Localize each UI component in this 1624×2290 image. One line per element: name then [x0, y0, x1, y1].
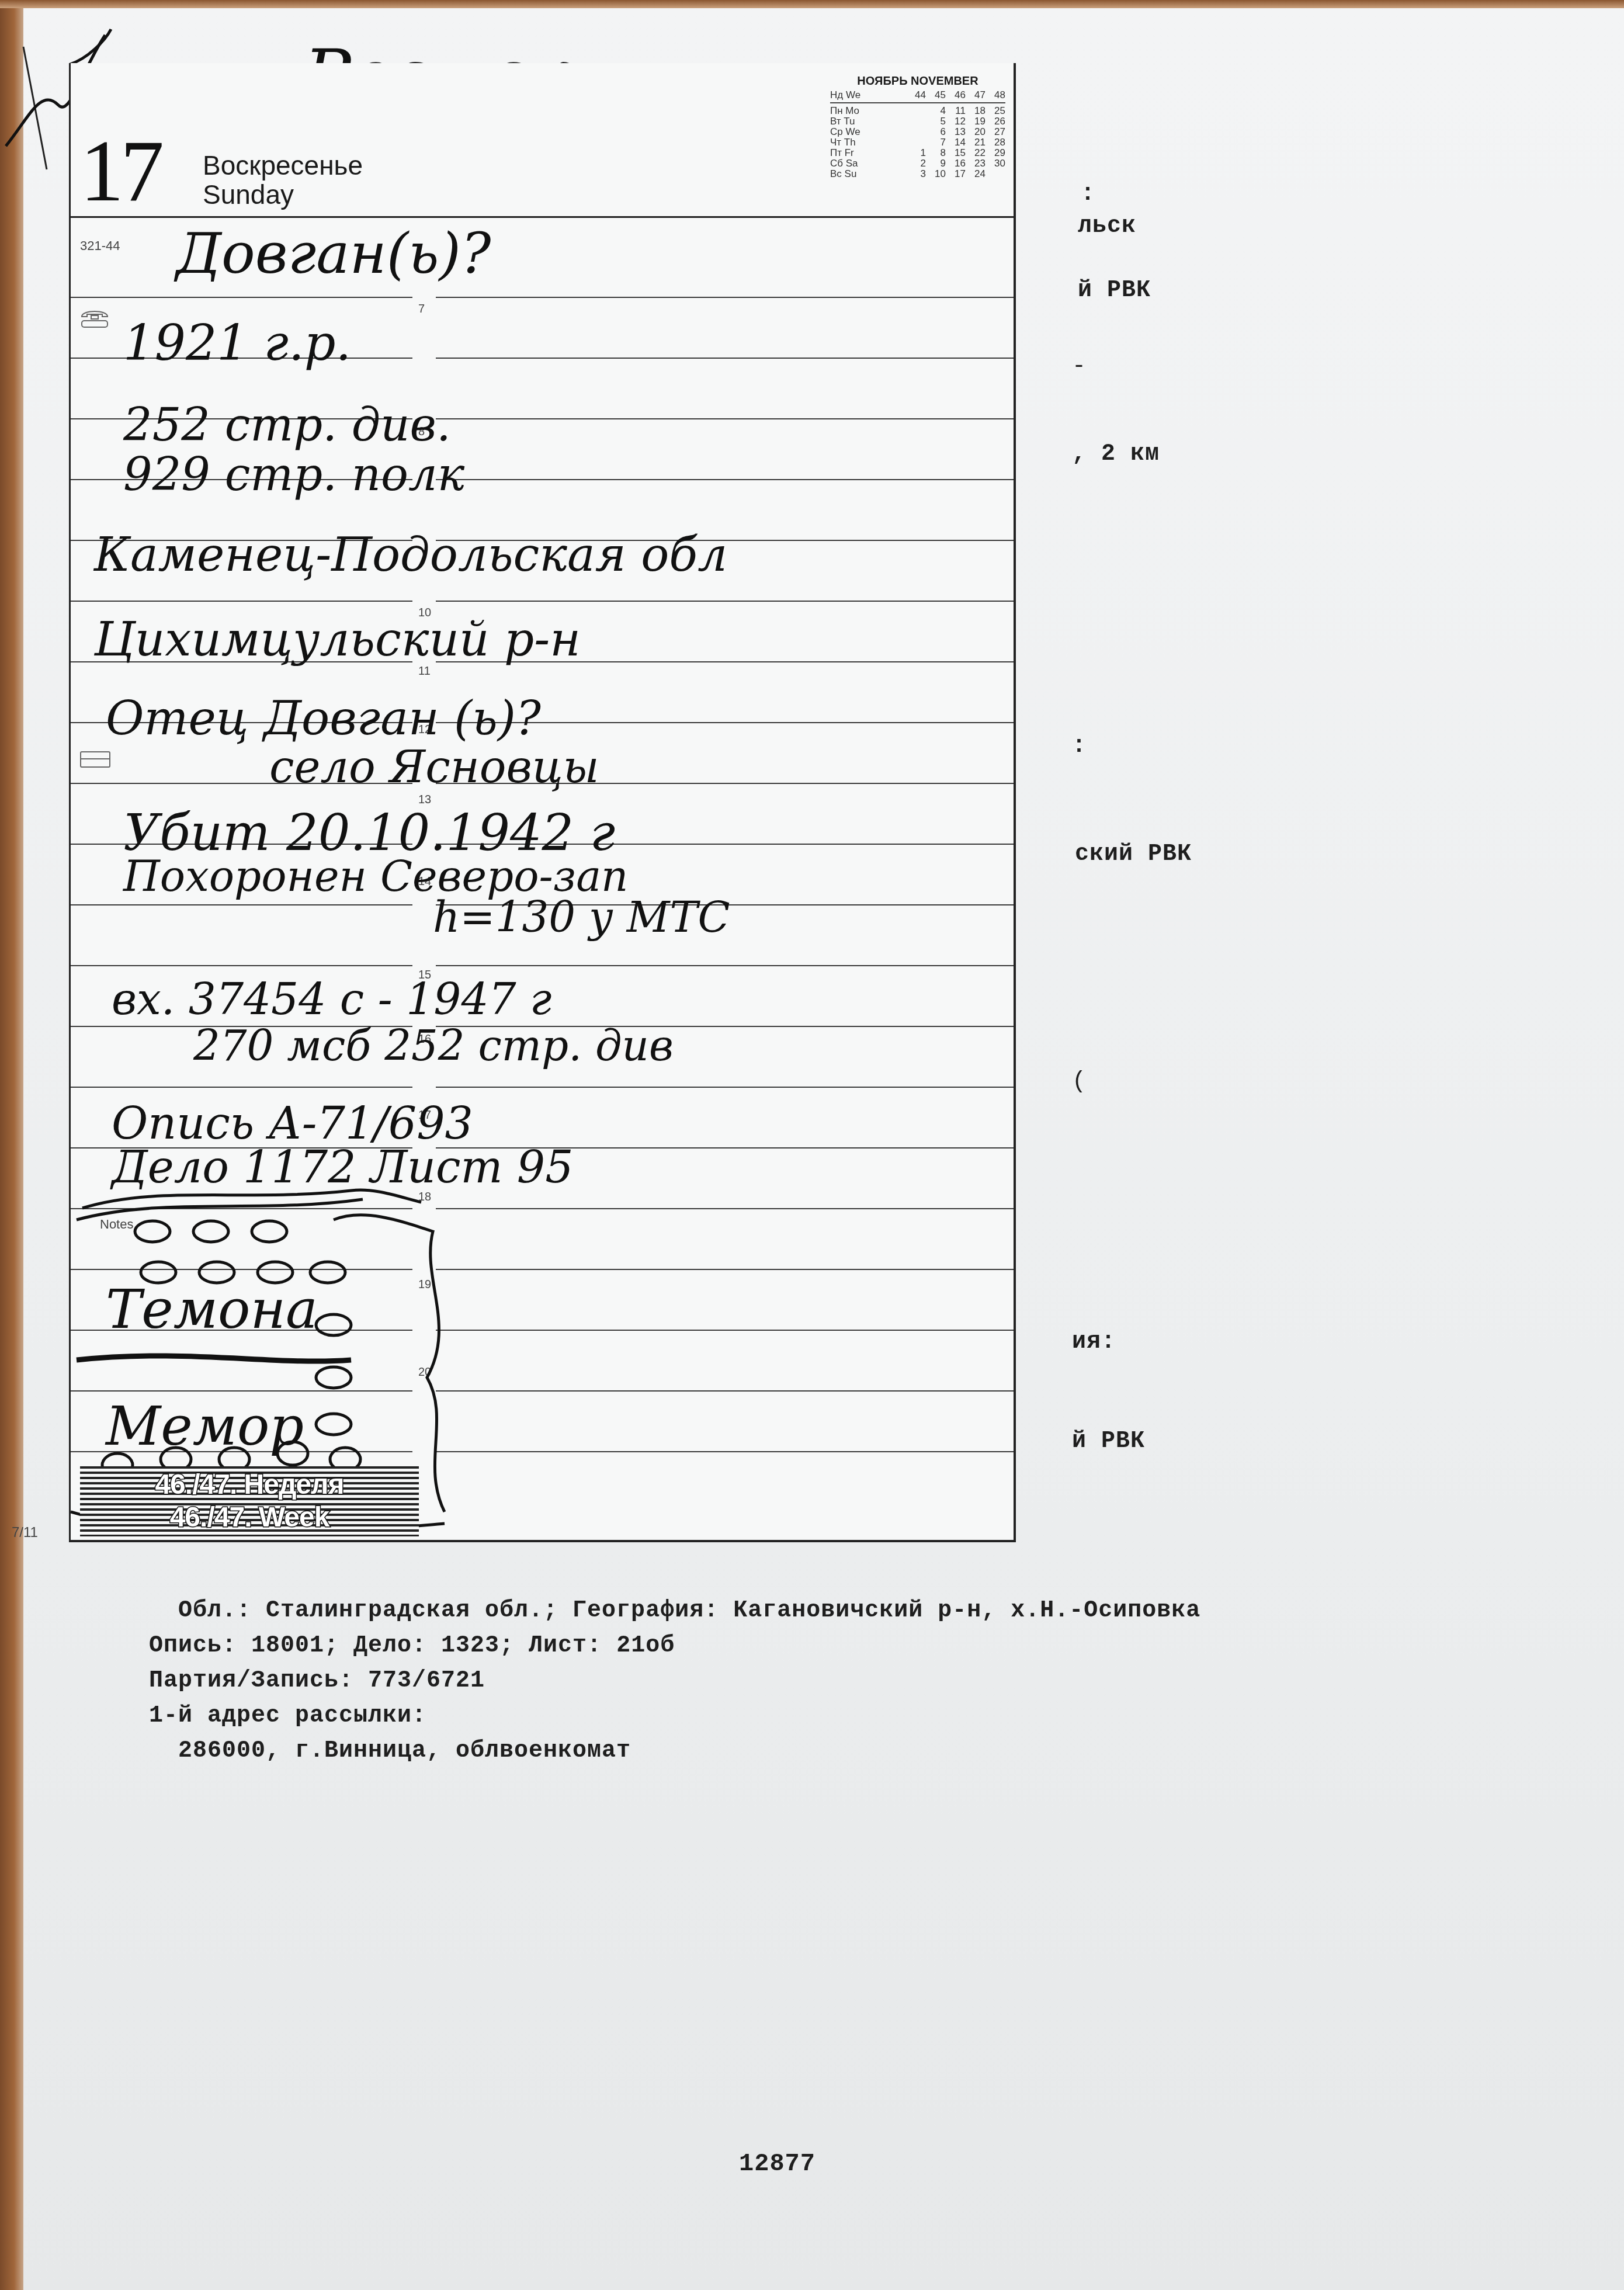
calendar-day: 11	[946, 106, 966, 116]
typed-fragment: :	[1081, 181, 1095, 207]
calendar-day-label: Сб Sa	[830, 158, 894, 169]
calendar-day-label: Вт Tu	[830, 116, 894, 127]
calendar-day: 29	[985, 148, 1005, 158]
calendar-day-label: Ср We	[830, 127, 894, 137]
handwritten-line: h=130 у МТС	[433, 893, 730, 942]
calendar-day: 23	[966, 158, 985, 169]
calendar-day: 7	[926, 137, 946, 148]
ruled-line	[71, 1087, 1014, 1088]
calendar-day: 13	[946, 127, 966, 137]
typed-fragment: ский РВК	[1075, 841, 1192, 868]
table-edge-top	[0, 0, 1624, 8]
typed-record-line: Опись: 18001; Дело: 1323; Лист: 21об	[149, 1633, 675, 1659]
typed-fragment: ия:	[1072, 1329, 1116, 1355]
week-banner-ru: 46./47. Неделя	[155, 1469, 343, 1501]
typed-record-line: Обл.: Сталинградская обл.; География: Ка…	[178, 1598, 1200, 1624]
calendar-week-number: 46	[946, 89, 966, 101]
table-edge	[0, 0, 23, 2290]
calendar-row: Пт Fr18152229	[830, 148, 1005, 158]
calendar-week-number: 47	[966, 89, 985, 101]
calendar-title: НОЯБРЬ NOVEMBER	[830, 75, 1005, 88]
typed-fragment: й РВК	[1078, 277, 1151, 304]
calendar-day	[906, 116, 926, 127]
ruled-line-gap	[412, 1086, 436, 1088]
calendar-day: 17	[946, 169, 966, 179]
calendar-day	[906, 127, 926, 137]
calendar-row: Чт Th7142128	[830, 137, 1005, 148]
crossed-out-note: Мемор	[106, 1395, 304, 1458]
typed-fragment: льск	[1078, 213, 1136, 240]
calendar-day: 16	[946, 158, 966, 169]
calendar-day: 22	[966, 148, 985, 158]
ruled-line-gap	[412, 357, 436, 359]
typed-fragment: (	[1072, 1069, 1087, 1095]
calendar-row: Вс Su3101724	[830, 169, 1005, 179]
calendar-day-label: Чт Th	[830, 137, 894, 148]
calendar-day: 6	[926, 127, 946, 137]
handwritten-line: вх. 37454 с - 1947 г	[112, 974, 552, 1025]
handwritten-line: Отец Довган (ь)?	[106, 691, 541, 745]
calendar-week-number: 48	[985, 89, 1005, 101]
calendar-row: Ср We6132027	[830, 127, 1005, 137]
weekday-en: Sunday	[203, 179, 294, 210]
typed-fragment: , 2 км	[1072, 441, 1160, 467]
typed-record-line: 1-й адрес рассылки:	[149, 1703, 426, 1729]
calendar-day: 19	[966, 116, 985, 127]
calendar-day: 25	[985, 106, 1005, 116]
calendar-day-label: Пн Mo	[830, 106, 894, 116]
typed-fragment: й РВК	[1072, 1428, 1145, 1455]
handwritten-line: 252 стр. див.	[123, 399, 451, 452]
calendar-day: 1	[906, 148, 926, 158]
calendar-day: 5	[926, 116, 946, 127]
calendar-day: 20	[966, 127, 985, 137]
hour-mark: 7	[418, 303, 425, 316]
calendar-week-number: 45	[926, 89, 946, 101]
hour-mark: 11	[418, 665, 431, 678]
ruled-line-gap	[412, 296, 436, 299]
calendar-week-header: Нд We 4445464748	[830, 89, 1005, 103]
typed-fragment: -	[1072, 353, 1087, 380]
crossed-out-note: Темона	[106, 1278, 318, 1341]
typed-record-line: Партия/Запись: 773/6721	[149, 1668, 485, 1694]
handwritten-line: 270 мсб 252 стр. див	[193, 1021, 674, 1070]
ruled-line-gap	[412, 600, 436, 602]
ruled-line-gap	[412, 904, 436, 906]
handwritten-line: Довган(ь)?	[176, 221, 491, 286]
calendar-day: 4	[926, 106, 946, 116]
calendar-week-label: Нд We	[830, 89, 894, 101]
header-divider	[71, 216, 1014, 218]
calendar-day: 12	[946, 116, 966, 127]
page-code: 321-44	[80, 238, 120, 254]
calendar-week-number: 44	[906, 89, 926, 101]
card-icon	[80, 751, 110, 768]
calendar-row: Пн Mo4111825	[830, 106, 1005, 116]
typed-fragment: :	[1072, 733, 1087, 759]
ruled-line	[71, 601, 1014, 602]
typed-record-line: 286000, г.Винница, облвоенкомат	[178, 1738, 631, 1764]
handwritten-line: Цихимцульский р-н	[94, 612, 581, 667]
calendar-row: Сб Sa29162330	[830, 158, 1005, 169]
calendar-day	[906, 137, 926, 148]
side-date: 7/11	[12, 1525, 38, 1541]
handwritten-line: село Ясновцы	[269, 741, 599, 793]
calendar-day-label: Пт Fr	[830, 148, 894, 158]
calendar-day: 27	[985, 127, 1005, 137]
calendar-day: 15	[946, 148, 966, 158]
calendar-day: 10	[926, 169, 946, 179]
calendar-day: 24	[966, 169, 985, 179]
calendar-day-label: Вс Su	[830, 169, 894, 179]
calendar-week-numbers: 4445464748	[894, 89, 1005, 101]
handwritten-line: 1921 г.р.	[123, 314, 351, 372]
phone-icon	[80, 308, 109, 328]
calendar-day: 28	[985, 137, 1005, 148]
calendar-day: 14	[946, 137, 966, 148]
calendar-day: 21	[966, 137, 985, 148]
mini-calendar: НОЯБРЬ NOVEMBER Нд We 4445464748 Пн Mo41…	[830, 75, 1005, 179]
ruled-line-gap	[412, 964, 436, 967]
calendar-day: 18	[966, 106, 985, 116]
page-number: 12877	[739, 2150, 816, 2178]
calendar-day: 3	[906, 169, 926, 179]
calendar-rows: Пн Mo4111825Вт Tu5121926Ср We6132027Чт T…	[830, 106, 1005, 179]
calendar-day	[906, 106, 926, 116]
diary-page: 17 Воскресенье Sunday НОЯБРЬ NOVEMBER Нд…	[69, 63, 1016, 1542]
calendar-day: 8	[926, 148, 946, 158]
calendar-row: Вт Tu5121926	[830, 116, 1005, 127]
calendar-day: 26	[985, 116, 1005, 127]
calendar-day: 9	[926, 158, 946, 169]
notes-label: Notes	[100, 1217, 133, 1232]
weekday-ru: Воскресенье	[203, 150, 363, 181]
handwritten-line: 929 стр. полк	[123, 449, 464, 501]
ruled-line	[71, 965, 1014, 966]
week-banner-en: 46./47. Week	[170, 1501, 329, 1534]
handwritten-line: Каменец-Подольская обл	[94, 528, 727, 582]
day-number: 17	[80, 127, 161, 215]
calendar-day: 30	[985, 158, 1005, 169]
ruled-line	[71, 297, 1014, 298]
week-banner: 46./47. Неделя 46./47. Week	[80, 1466, 419, 1536]
calendar-day	[985, 169, 1005, 179]
calendar-day: 2	[906, 158, 926, 169]
